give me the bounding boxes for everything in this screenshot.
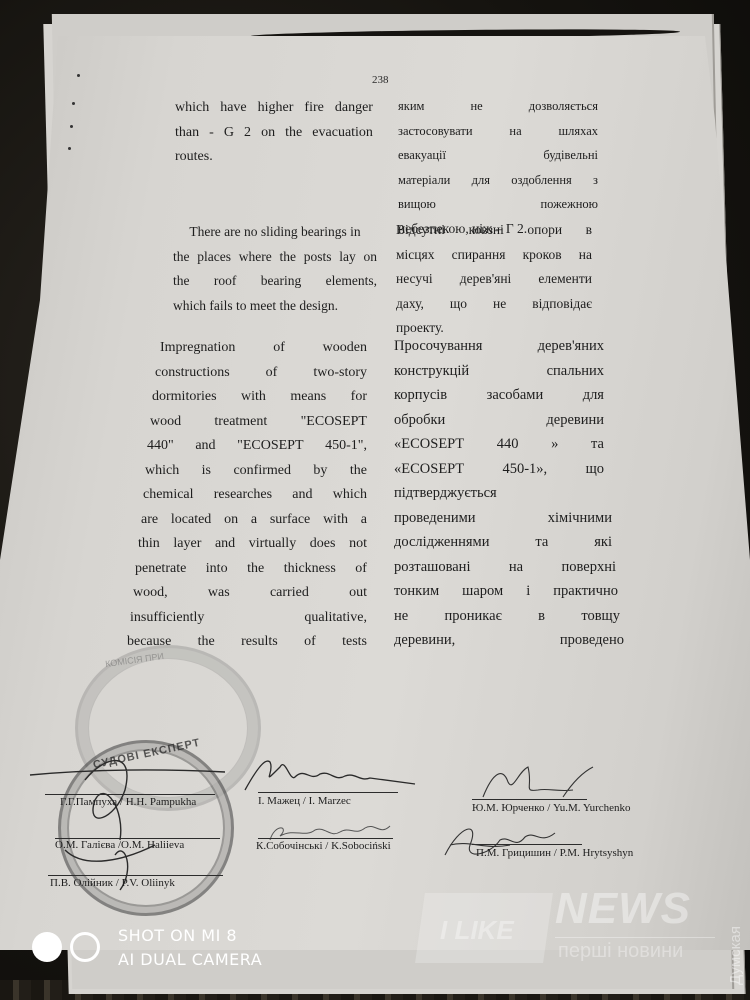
word: на <box>579 243 592 268</box>
word: with <box>241 384 266 409</box>
word: матеріали <box>398 170 450 195</box>
word: on <box>363 245 377 270</box>
word: практично <box>553 579 618 604</box>
word: insufficiently <box>130 605 204 630</box>
word: оздоблення <box>511 170 572 195</box>
signature-yurchenko <box>478 762 598 802</box>
word: and <box>195 433 215 458</box>
text-line: woodtreatment"ECOSEPT <box>145 409 367 434</box>
text-line: проведенимихімічними <box>394 506 612 531</box>
word: a <box>251 507 257 532</box>
word: wood <box>150 409 181 434</box>
signatory-name: Ю.М. Юрченко / Yu.M. Yurchenko <box>472 802 631 814</box>
text-line: arelocatedonasurfacewitha <box>141 507 367 532</box>
signature-marzec <box>240 752 420 797</box>
word: the <box>173 245 190 270</box>
word: та <box>591 432 604 457</box>
word: дослідженнями <box>394 530 489 555</box>
text-line: обробкидеревини <box>394 408 604 433</box>
word: for <box>351 384 367 409</box>
text-line: There are no sliding bearings in <box>173 220 377 245</box>
word: the <box>285 121 302 146</box>
word: 450-1», <box>502 457 547 482</box>
word: поверхні <box>562 555 617 580</box>
word: проникає <box>445 604 502 629</box>
text-line: insufficientlyqualitative, <box>130 605 367 630</box>
word: корпусів <box>394 383 447 408</box>
word: «ECOSEPT <box>394 457 464 482</box>
word: хімічними <box>548 506 612 531</box>
word: 450-1", <box>325 433 367 458</box>
news-logo-like: I LIKE <box>440 915 514 946</box>
signatory-name: К.Собочінські / K.Sobociński <box>256 840 391 852</box>
word: відповідає <box>532 292 592 317</box>
word: дерев'яних <box>538 334 604 359</box>
news-logo-tagline: перші новини <box>558 940 683 963</box>
paragraph-en-2: There are no sliding bearings in theplac… <box>173 220 377 318</box>
camera-watermark-line1: SHOT ON MI 8 <box>118 926 237 945</box>
word: results <box>241 629 278 654</box>
word: wooden <box>323 335 367 360</box>
word: out <box>349 580 367 605</box>
word: tests <box>342 629 367 654</box>
word: which <box>175 96 209 121</box>
word: на <box>509 121 521 146</box>
word: fire <box>304 96 323 121</box>
word: в <box>538 604 545 629</box>
word: в <box>586 218 592 243</box>
word: lay <box>339 245 356 270</box>
word: конструкцій <box>394 359 469 384</box>
word: constructions <box>155 360 230 385</box>
word: into <box>206 556 228 581</box>
signatory-name: П.В. Олійник / P.V. Oliinyk <box>50 877 175 889</box>
word: elements, <box>326 269 377 294</box>
text-line: whichhavehigherfiredanger <box>175 96 373 121</box>
word: засобами <box>487 383 544 408</box>
word: virtually <box>249 531 296 556</box>
text-line: dormitorieswithmeansfor <box>145 384 367 409</box>
word: обробки <box>394 408 445 433</box>
signature-line <box>472 844 582 845</box>
word: несучі <box>396 267 433 292</box>
text-line: матеріалидляоздобленняз <box>398 170 598 195</box>
text-line: даху,щоневідповідає <box>396 292 592 317</box>
word: surface <box>270 507 310 532</box>
word: two-story <box>313 360 367 385</box>
text-line: thinlayerandvirtuallydoesnot <box>138 531 367 556</box>
word: wood, <box>133 580 168 605</box>
text-line: корпусівзасобамидля <box>394 383 604 408</box>
news-logo-divider <box>555 937 715 938</box>
word: "ECOSEPT <box>237 433 303 458</box>
paragraph-en-1: whichhavehigherfiredanger than-G2ontheev… <box>175 96 373 170</box>
word: місцях <box>396 243 434 268</box>
word: dormitories <box>152 384 217 409</box>
text-line: якимнедозволяється <box>398 96 598 121</box>
word: higher <box>258 96 294 121</box>
word: roof <box>214 269 237 294</box>
word: дозволяється <box>529 96 598 121</box>
word: the <box>247 556 264 581</box>
word: of <box>266 360 278 385</box>
word: не <box>493 292 506 317</box>
camera-lens-ring-icon <box>70 932 100 962</box>
word: penetrate <box>135 556 186 581</box>
word: the <box>279 245 296 270</box>
text-line: wood,wascarriedout <box>133 580 367 605</box>
word: тонким <box>394 579 439 604</box>
word: which <box>333 482 367 507</box>
page-number: 238 <box>372 74 389 86</box>
word: дерев'яні <box>460 267 512 292</box>
word: деревини <box>546 408 604 433</box>
text-line: підтверджується <box>394 481 604 506</box>
word: Impregnation <box>160 335 235 360</box>
word: даху, <box>396 292 424 317</box>
word: a <box>361 507 367 532</box>
word: вищою <box>398 194 436 219</box>
source-watermark: Думская <box>727 926 744 985</box>
word: не <box>470 96 482 121</box>
text-line: than-G2ontheevacuation <box>175 121 373 146</box>
word: евакуації <box>398 145 446 170</box>
signature-line <box>258 838 393 839</box>
word: що <box>586 457 604 482</box>
word: which <box>145 458 179 483</box>
word: шляхах <box>559 121 599 146</box>
word: пожежною <box>540 194 598 219</box>
word: «ECOSEPT <box>394 432 464 457</box>
word: treatment <box>214 409 267 434</box>
text-line: Відсутніковзніопорив <box>396 218 592 243</box>
text-line: «ECOSEPT440»та <box>394 432 604 457</box>
signatory-name: П.М. Грицишин / P.M. Hrytsyshyn <box>476 847 633 859</box>
word: "ECOSEPT <box>301 409 367 434</box>
word: » <box>551 432 558 457</box>
word: evacuation <box>312 121 373 146</box>
word: confirmed <box>233 458 291 483</box>
text-line: тонкимшароміпрактично <box>394 579 618 604</box>
text-line: «ECOSEPT450-1»,що <box>394 457 604 482</box>
word: of <box>304 629 316 654</box>
word: спальних <box>547 359 604 384</box>
word: located <box>171 507 211 532</box>
word: the <box>350 458 367 483</box>
word: та <box>535 530 548 555</box>
word: для <box>583 383 604 408</box>
camera-lens-icon <box>32 932 62 962</box>
word: 440 <box>497 432 519 457</box>
word: is <box>202 458 211 483</box>
signatory-name: О.М. Галієва /O.M. Haliieva <box>55 839 184 851</box>
word: проведеними <box>394 506 476 531</box>
word: спирання <box>452 243 506 268</box>
word: товщу <box>581 604 620 629</box>
word: posts <box>304 245 332 270</box>
paragraph-uk-3: Просочуваннядерев'яних конструкційспальн… <box>394 334 604 653</box>
text-line: Просочуваннядерев'яних <box>394 334 604 359</box>
signature-line <box>48 875 223 876</box>
text-line: theroofbearingelements, <box>173 269 377 294</box>
word: places <box>197 245 231 270</box>
word: застосовувати <box>398 121 473 146</box>
signatory-name: І. Мажец / I. Marzec <box>258 795 351 807</box>
text-line: routes. <box>175 145 373 170</box>
word: розташовані <box>394 555 470 580</box>
word: не <box>394 604 408 629</box>
word: the <box>173 269 190 294</box>
text-line: theplaceswherethepostslayon <box>173 245 377 270</box>
text-line: Impregnationofwooden <box>145 335 367 360</box>
word: Відсутні <box>396 218 445 243</box>
word: and <box>292 482 312 507</box>
word: і <box>526 579 530 604</box>
text-line: евакуаціїбудівельні <box>398 145 598 170</box>
word: ковзні <box>469 218 504 243</box>
text-line: деревини,проведено <box>394 628 624 653</box>
paragraph-en-3: Impregnationofwooden constructionsoftwo-… <box>145 335 367 654</box>
word: будівельні <box>543 145 598 170</box>
word: 2 <box>244 121 251 146</box>
signature-line <box>258 792 398 793</box>
signatory-name: Г.Г.Пампуха / H.H. Pampukha <box>60 796 196 808</box>
word: was <box>208 580 230 605</box>
text-line: конструкційспальних <box>394 359 604 384</box>
text-line: penetrateintothethicknessof <box>135 556 367 581</box>
word: проведено <box>560 628 624 653</box>
word: researches <box>214 482 272 507</box>
word: does <box>310 531 336 556</box>
word: danger <box>335 96 373 121</box>
word: on <box>261 121 275 146</box>
word: have <box>220 96 246 121</box>
word: carried <box>270 580 309 605</box>
text-line: застосовуватинашляхах <box>398 121 598 146</box>
word: шаром <box>462 579 503 604</box>
word: thin <box>138 531 160 556</box>
word: 440" <box>147 433 174 458</box>
word: кроков <box>523 243 562 268</box>
word: опори <box>527 218 562 243</box>
word: деревини, <box>394 628 455 653</box>
text-line: дослідженнямитаякі <box>394 530 612 555</box>
word: які <box>594 530 612 555</box>
word: means <box>290 384 326 409</box>
signature-line <box>45 794 215 795</box>
word: chemical <box>143 482 194 507</box>
word: для <box>472 170 490 195</box>
word: of <box>355 556 367 581</box>
text-line: constructionsoftwo-story <box>145 360 367 385</box>
text-line: розташованінаповерхні <box>394 555 616 580</box>
camera-watermark-line2: AI DUAL CAMERA <box>118 950 262 969</box>
text-line: 440"and"ECOSEPT450-1", <box>145 433 367 458</box>
word: where <box>239 245 272 270</box>
word: Просочування <box>394 334 482 359</box>
word: are <box>141 507 158 532</box>
word: with <box>323 507 348 532</box>
text-line: whichisconfirmedbythe <box>145 458 367 483</box>
word: на <box>509 555 523 580</box>
word: thickness <box>284 556 336 581</box>
word: що <box>450 292 467 317</box>
word: - <box>209 121 214 146</box>
text-line: несучідерев'яніелементи <box>396 267 592 292</box>
word: of <box>273 335 285 360</box>
word: not <box>349 531 367 556</box>
text-line: вищоюпожежною <box>398 194 598 219</box>
word: G <box>224 121 234 146</box>
paragraph-uk-2: Відсутніковзніопорив місцяхспираннякроко… <box>396 218 592 341</box>
news-logo-brand: NEWS <box>555 884 691 934</box>
word: bearing <box>261 269 301 294</box>
signature-line <box>472 799 587 800</box>
text-line: непроникаєвтовщу <box>394 604 620 629</box>
word: з <box>593 170 598 195</box>
word: яким <box>398 96 424 121</box>
text-line: which fails to meet the design. <box>173 294 377 319</box>
word: than <box>175 121 199 146</box>
word: by <box>313 458 327 483</box>
word: on <box>224 507 238 532</box>
word: qualitative, <box>304 605 367 630</box>
word: layer <box>173 531 201 556</box>
text-line: місцяхспираннякроковна <box>396 243 592 268</box>
word: and <box>215 531 235 556</box>
word: елементи <box>538 267 592 292</box>
text-line: chemicalresearchesandwhich <box>143 482 367 507</box>
